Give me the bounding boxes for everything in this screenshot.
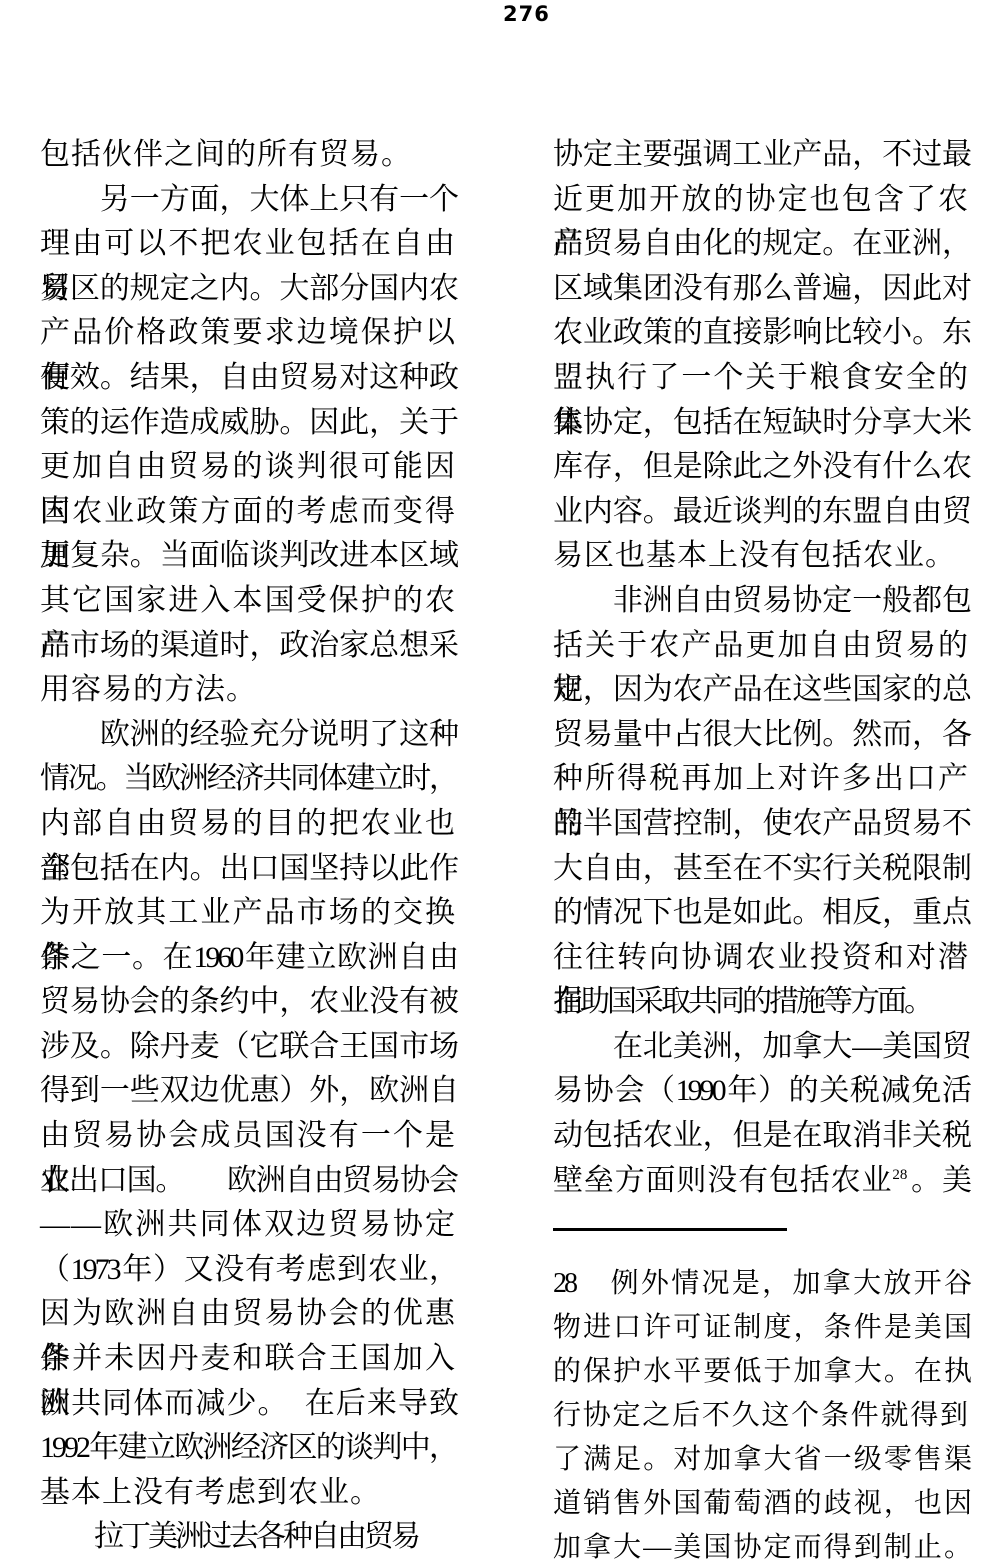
- line-text: 。美: [907, 1164, 969, 1197]
- text-line: 协定主要强调工业产品，不过最: [553, 133, 969, 178]
- line-text: 壁垒方面则没有包括农业: [553, 1164, 892, 1197]
- text-line: 因为欧洲自由贸易协会的优惠条: [40, 1292, 456, 1337]
- text-line: 另一方面，大体上只有一个: [40, 178, 456, 223]
- text-line: 由贸易协会成员国没有一个是农: [40, 1114, 456, 1159]
- text-line: 产品价格政策要求边境保护以便: [40, 311, 456, 356]
- text-line: 区域集团没有那么普遍，因此对: [553, 267, 969, 312]
- text-line: 易协会（1990年）的关税减免活: [553, 1069, 969, 1114]
- text-line: 欧洲的经验充分说明了这种: [40, 713, 456, 758]
- right-text-column: 协定主要强调工业产品，不过最近更加开放的协定也包含了农产品贸易自由化的规定。在亚…: [553, 133, 969, 1565]
- text-line: 用容易的方法。: [40, 668, 456, 713]
- text-line: 包括伙伴之间的所有贸易。: [40, 133, 456, 178]
- text-line: 的半国营控制，使农产品贸易不: [553, 802, 969, 847]
- text-line: 28 例外情况是，加拿大放开谷: [553, 1262, 969, 1306]
- text-line: 种所得税再加上对许多出口产品: [553, 757, 969, 802]
- text-line: 内部自由贸易的目的把农业也全: [40, 802, 456, 847]
- text-line: 贸易协会的条约中，农业没有被: [40, 980, 456, 1025]
- text-line: 物进口许可证制度，条件是美国: [553, 1306, 969, 1350]
- text-line: 非洲自由贸易协定一般都包: [553, 579, 969, 624]
- text-line: 贸易量中占很大比例。然而，各: [553, 713, 969, 758]
- text-line: 洲共同体而减少。 在后来导致: [40, 1382, 456, 1427]
- text-line: 在北美洲，加拿大—美国贸: [553, 1025, 969, 1070]
- text-line: 件并未因丹麦和联合王国加入欧: [40, 1337, 456, 1382]
- text-line: 了满足。对加拿大省一级零售渠: [553, 1438, 969, 1482]
- text-line: 基本上没有考虑到农业。: [40, 1471, 456, 1516]
- text-line: 品贸易自由化的规定。在亚洲，: [553, 222, 969, 267]
- text-line: 为开放其工业产品市场的交换条: [40, 891, 456, 936]
- page-number: 276: [503, 2, 550, 26]
- footnote-reference-marker: 28: [892, 1167, 907, 1183]
- right-column-body-text: 协定主要强调工业产品，不过最近更加开放的协定也包含了农产品贸易自由化的规定。在亚…: [553, 133, 969, 1203]
- text-line: 近更加开放的协定也包含了农产: [553, 178, 969, 223]
- text-line: 大自由，甚至在不实行关税限制: [553, 847, 969, 892]
- text-line: 的情况下也是如此。相反，重点: [553, 891, 969, 936]
- text-line: 更加自由贸易的谈判很可能因国: [40, 445, 456, 490]
- text-line: 盟执行了一个关于粮食安全的集: [553, 356, 969, 401]
- text-line: 拉丁美洲过去各种自由贸易: [40, 1515, 456, 1560]
- text-line: 件之一。在1960年建立欧洲自由: [40, 936, 456, 981]
- text-line: 捐助国采取共同的措施等方面。: [553, 980, 969, 1025]
- text-line: 定，因为农产品在这些国家的总: [553, 668, 969, 713]
- text-line: 库存，但是除此之外没有什么农: [553, 445, 969, 490]
- text-line: 易区也基本上没有包括农业。: [553, 534, 969, 579]
- text-line: 道销售外国葡萄酒的歧视，也因: [553, 1482, 969, 1526]
- text-line: 行协定之后不久这个条件就得到: [553, 1394, 969, 1438]
- text-line: 往往转向协调农业投资和对潜在: [553, 936, 969, 981]
- text-line: 壁垒方面则没有包括农业28。美: [553, 1159, 969, 1204]
- text-line: 括关于农产品更加自由贸易的规: [553, 624, 969, 669]
- text-line: 其它国家进入本国受保护的农产: [40, 579, 456, 624]
- text-line: 涉及。除丹麦（它联合王国市场: [40, 1025, 456, 1070]
- text-line: 部包括在内。出口国坚持以此作: [40, 847, 456, 892]
- text-line: 情况。当欧洲经济共同体建立时，: [40, 757, 456, 802]
- text-line: 业内容。最近谈判的东盟自由贸: [553, 490, 969, 535]
- text-line: 业出口国。 欧洲自由贸易协会: [40, 1159, 456, 1204]
- text-line: 1992年建立欧洲经济区的谈判中，: [40, 1426, 456, 1471]
- text-line: 加复杂。当面临谈判改进本区域: [40, 534, 456, 579]
- text-line: 动包括农业，但是在取消非关税: [553, 1114, 969, 1159]
- text-line: 得到一些双边优惠）外，欧洲自: [40, 1069, 456, 1114]
- text-line: 策的运作造成威胁。因此，关于: [40, 401, 456, 446]
- text-line: 加拿大—美国协定而得到制止。: [553, 1526, 969, 1565]
- text-line: 的保护水平要低于加拿大。在执: [553, 1350, 969, 1394]
- text-line: 理由可以不把农业包括在自由贸: [40, 222, 456, 267]
- left-text-column: 包括伙伴之间的所有贸易。 另一方面，大体上只有一个理由可以不把农业包括在自由贸易…: [40, 133, 456, 1560]
- document-page: 276 包括伙伴之间的所有贸易。 另一方面，大体上只有一个理由可以不把农业包括在…: [0, 0, 1000, 1565]
- text-line: 体协定，包括在短缺时分享大米: [553, 401, 969, 446]
- text-line: ——欧洲共同体双边贸易协定: [40, 1203, 456, 1248]
- text-line: 有效。结果，自由贸易对这种政: [40, 356, 456, 401]
- footnote-separator-rule: [553, 1228, 787, 1231]
- text-line: 品市场的渠道时，政治家总想采: [40, 624, 456, 669]
- text-line: 农业政策的直接影响比较小。东: [553, 311, 969, 356]
- text-line: （1973年）又没有考虑到农业，: [40, 1248, 456, 1293]
- text-line: 内农业政策方面的考虑而变得更: [40, 490, 456, 535]
- text-line: 易区的规定之内。大部分国内农: [40, 267, 456, 312]
- footnote-28: 28 例外情况是，加拿大放开谷物进口许可证制度，条件是美国的保护水平要低于加拿大…: [553, 1262, 969, 1565]
